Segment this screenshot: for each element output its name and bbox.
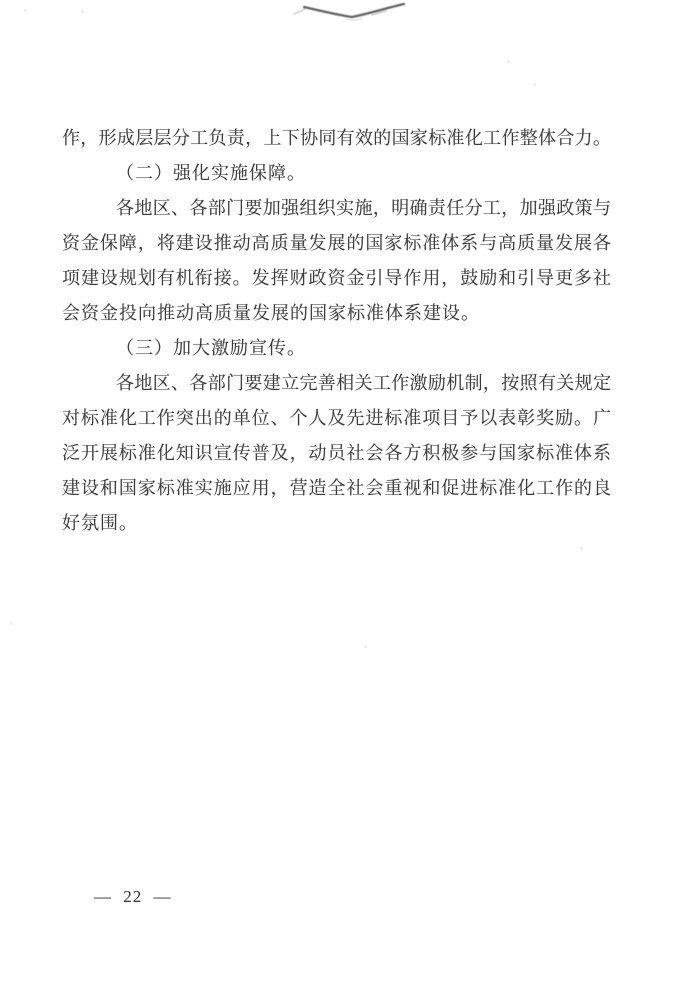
page-number: — 22 — bbox=[94, 884, 172, 910]
text-line: 项建设规划有机衔接。发挥财政资金引导作用，鼓励和引导更多社 bbox=[62, 261, 611, 296]
text-line: 好氛围。 bbox=[62, 506, 611, 541]
scan-crease-icon bbox=[288, 1, 418, 31]
dust-speck bbox=[10, 622, 13, 625]
section-heading: （三）加大激励宣传。 bbox=[62, 331, 611, 366]
text-line: 各地区、各部门要加强组织实施，明确责任分工，加强政策与 bbox=[62, 191, 611, 226]
dust-speck bbox=[533, 83, 536, 86]
dust-speck bbox=[364, 645, 367, 648]
text-line: 资金保障，将建设推动高质量发展的国家标准体系与高质量发展各 bbox=[62, 226, 611, 261]
dust-speck bbox=[580, 547, 583, 550]
text-line: 会资金投向推动高质量发展的国家标准体系建设。 bbox=[62, 296, 611, 331]
section-heading: （二）强化实施保障。 bbox=[62, 156, 611, 191]
dust-speck bbox=[81, 10, 84, 13]
dust-speck bbox=[24, 9, 27, 12]
dust-speck bbox=[507, 60, 510, 63]
text-line: 各地区、各部门要建立完善相关工作激励机制，按照有关规定 bbox=[62, 366, 611, 401]
text-line: 建设和国家标准实施应用，营造全社会重视和促进标准化工作的良 bbox=[62, 471, 611, 506]
text-line: 泛开展标准化知识宣传普及，动员社会各方积极参与国家标准体系 bbox=[62, 436, 611, 471]
text-line: 作，形成层层分工负责，上下协同有效的国家标准化工作整体合力。 bbox=[62, 121, 611, 156]
document-body: 作，形成层层分工负责，上下协同有效的国家标准化工作整体合力。 （二）强化实施保障… bbox=[62, 121, 611, 541]
scanned-page: 作，形成层层分工负责，上下协同有效的国家标准化工作整体合力。 （二）强化实施保障… bbox=[0, 0, 700, 989]
text-line: 对标准化工作突出的单位、个人及先进标准项目予以表彰奖励。广 bbox=[62, 401, 611, 436]
